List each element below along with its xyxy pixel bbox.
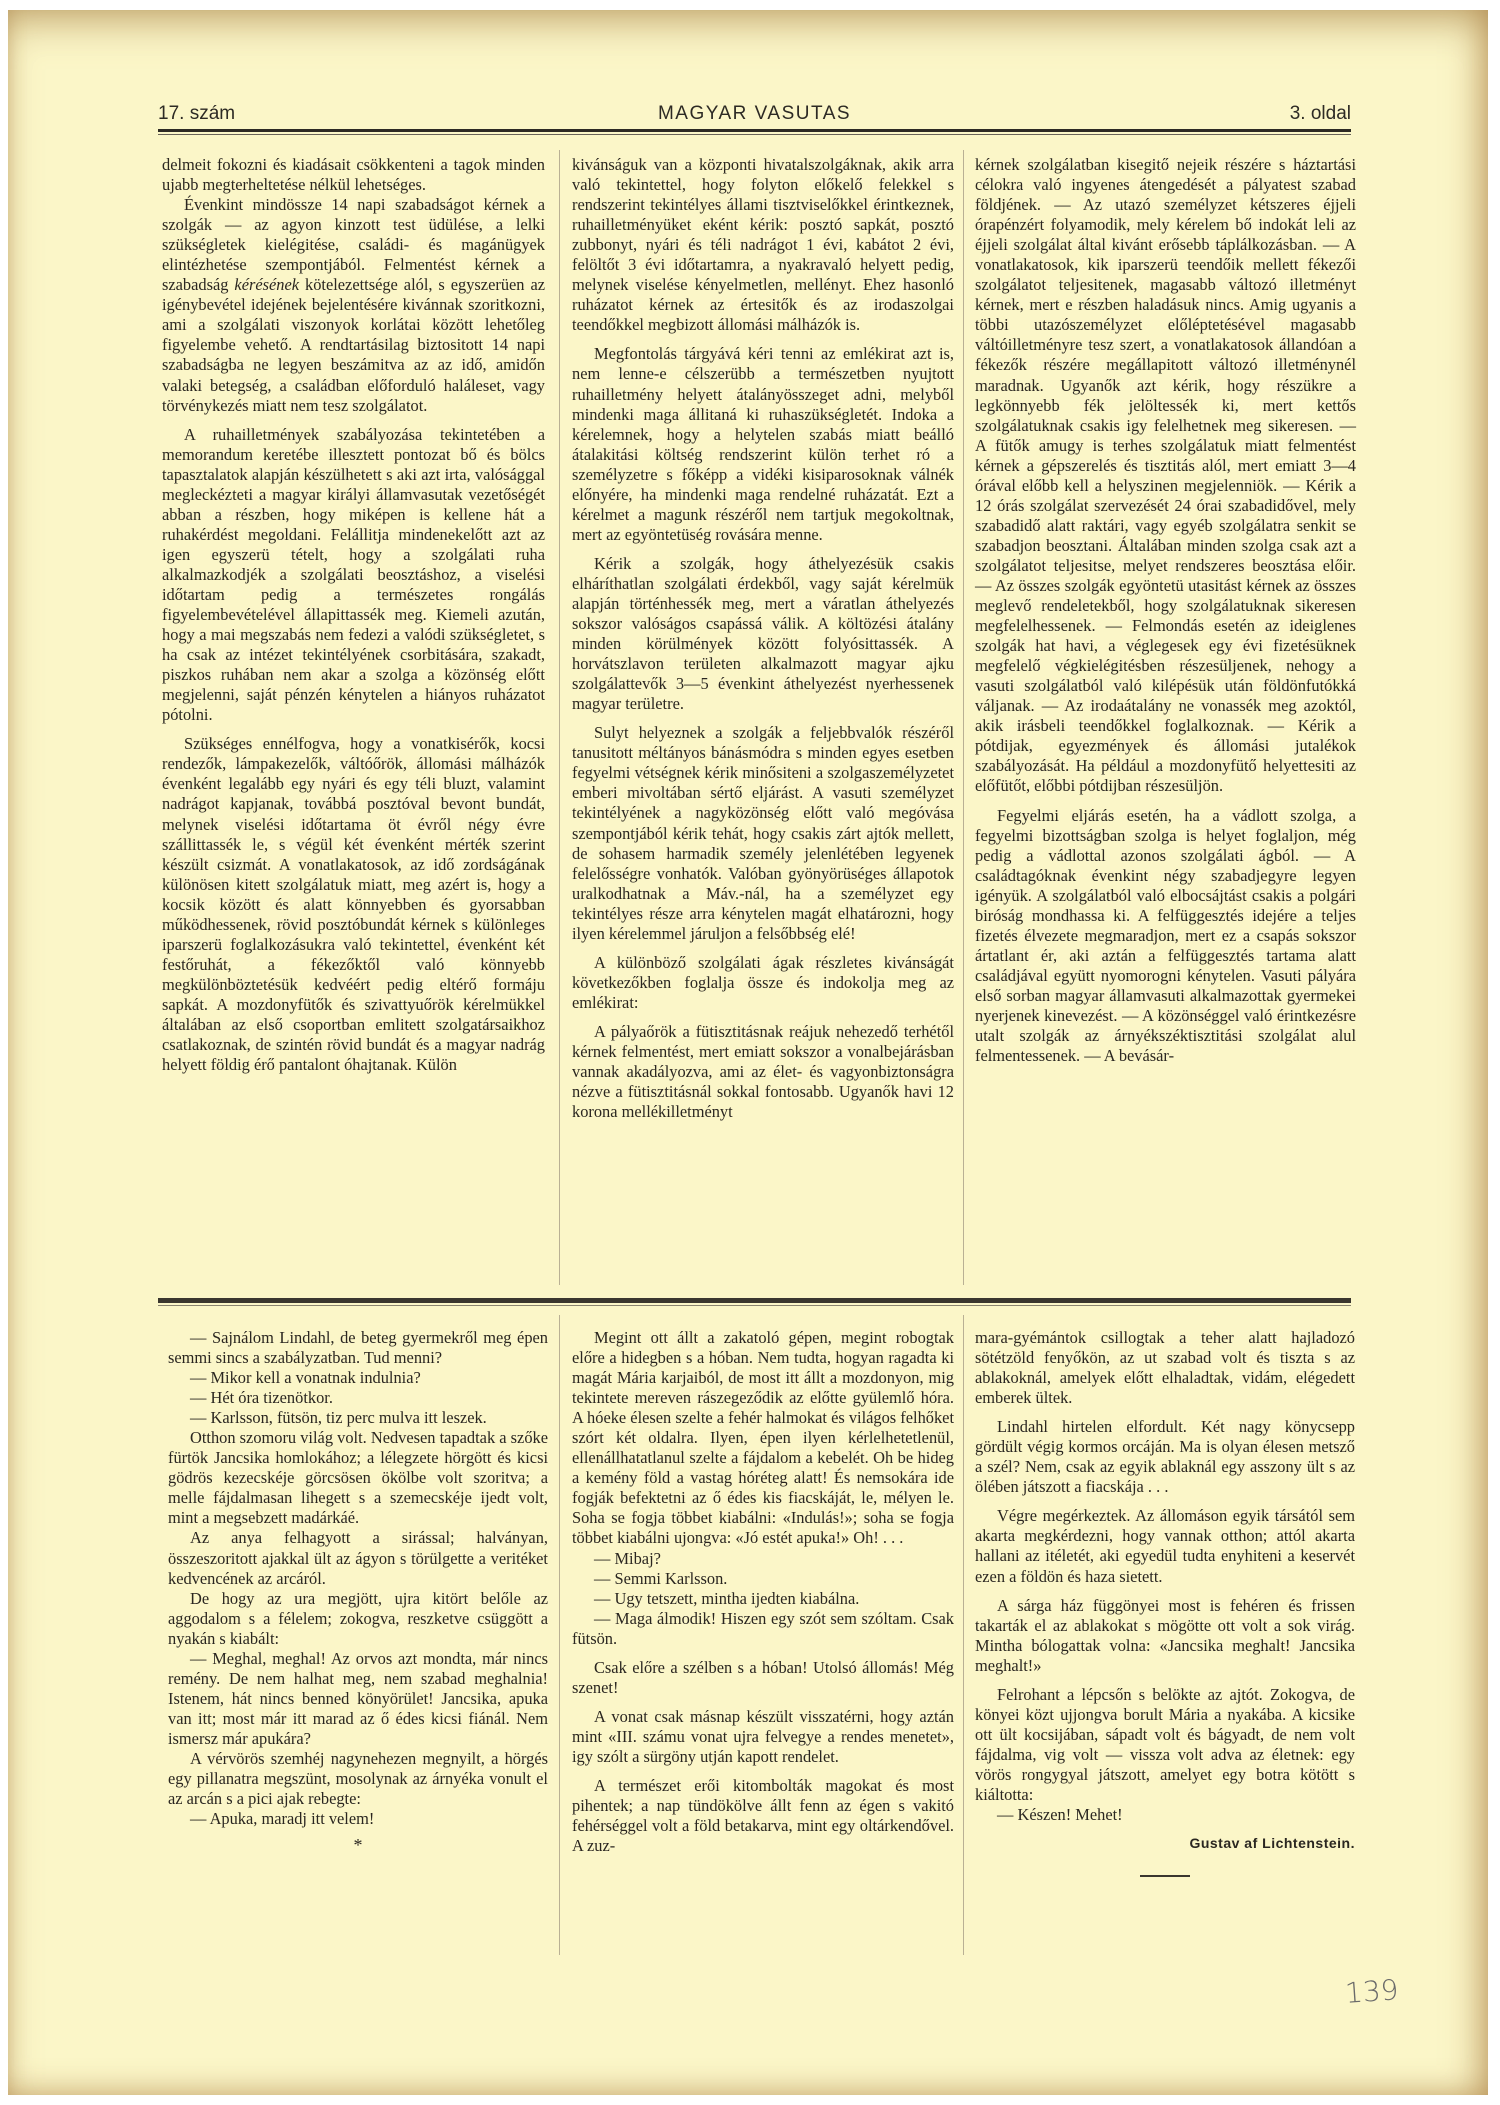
paragraph: A különböző szolgálati ágak részletes ki…: [572, 953, 954, 1013]
dialogue-line: — Készen! Mehet!: [975, 1805, 1355, 1825]
column-divider: [559, 1315, 560, 1955]
dialogue-line: — Meghal, meghal! Az orvos azt mondta, m…: [168, 1649, 548, 1749]
paragraph: Évenkint mindössze 14 napi szabadságot k…: [162, 195, 545, 416]
article-column-1: delmeit fokozni és kiadásait csökkenteni…: [162, 155, 545, 1075]
paragraph: Megfontolás tárgyává kéri tenni az emlék…: [572, 344, 954, 544]
article-column-2: kivánságuk van a központi hivatalszolgák…: [572, 155, 954, 1122]
author-signature: Gustav af Lichtenstein.: [975, 1833, 1355, 1853]
section-break-asterisk: *: [168, 1835, 548, 1855]
end-rule: [1140, 1875, 1190, 1877]
paragraph: A vonat csak másnap készült visszatérni,…: [572, 1707, 954, 1767]
dialogue-line: — Semmi Karlsson.: [572, 1569, 954, 1589]
paragraph: Csak előre a szélben s a hóban! Utolsó á…: [572, 1658, 954, 1698]
dialogue-line: — Hét óra tizenötkor.: [168, 1388, 548, 1408]
dialogue-line: — Mikor kell a vonatnak indulnia?: [168, 1368, 548, 1388]
paragraph: De hogy az ura megjött, ujra kitört belő…: [168, 1589, 548, 1649]
paragraph: Végre megérkeztek. Az állomáson egyik tá…: [975, 1506, 1355, 1586]
masthead-title: MAGYAR VASUTAS: [158, 103, 1351, 125]
column-divider: [559, 150, 560, 1285]
header-rule: [158, 129, 1351, 132]
section-divider: [158, 1298, 1351, 1303]
paragraph: Szükséges ennélfogva, hogy a vonatkisérő…: [162, 734, 545, 1075]
story-column-1: — Sajnálom Lindahl, de beteg gyermekről …: [168, 1328, 548, 1855]
emphasis: kérésének: [234, 275, 299, 294]
dialogue-line: — Karlsson, fütsön, tiz perc mulva itt l…: [168, 1408, 548, 1428]
handwritten-page-number: 139: [1344, 1973, 1400, 2010]
paragraph: Lindahl hirtelen elfordult. Két nagy kön…: [975, 1417, 1355, 1497]
paragraph: mara-gyémántok csillogtak a teher alatt …: [975, 1328, 1355, 1408]
paragraph: kérnek szolgálatban kisegitő nejeik rész…: [975, 155, 1356, 797]
page-header: 17. szám MAGYAR VASUTAS 3. oldal: [158, 103, 1351, 129]
paragraph: Otthon szomoru világ volt. Nedvesen tapa…: [168, 1428, 548, 1528]
dialogue-line: — Ugy tetszett, mintha ijedten kiabálna.: [572, 1589, 954, 1609]
dialogue-line: — Mibaj?: [572, 1549, 954, 1569]
paragraph: Kérik a szolgák, hogy áthelyezésük csaki…: [572, 554, 954, 714]
paragraph: Megint ott állt a zakatoló gépen, megint…: [572, 1328, 954, 1549]
paragraph: A vérvörös szemhéj nagynehezen megnyilt,…: [168, 1749, 548, 1809]
paragraph: Az anya felhagyott a sirással; halványan…: [168, 1528, 548, 1588]
paragraph: A ruhailletmények szabályozása tekinteté…: [162, 425, 545, 726]
page-number: 3. oldal: [1290, 103, 1351, 125]
paragraph: A pályaőrök a fütisztitásnak reájuk nehe…: [572, 1022, 954, 1122]
column-divider: [963, 1315, 964, 1955]
paragraph: kivánságuk van a központi hivatalszolgák…: [572, 155, 954, 335]
paragraph: delmeit fokozni és kiadásait csökkenteni…: [162, 155, 545, 195]
story-column-3: mara-gyémántok csillogtak a teher alatt …: [975, 1328, 1355, 1877]
paragraph: A sárga ház függönyei most is fehéren és…: [975, 1596, 1355, 1676]
paragraph: Fegyelmi eljárás esetén, ha a vádlott sz…: [975, 806, 1356, 1067]
dialogue-line: — Apuka, maradj itt velem!: [168, 1809, 548, 1829]
paragraph: A természet erői kitombolták magokat és …: [572, 1776, 954, 1856]
paragraph: Sulyt helyeznek a szolgák a feljebbvalók…: [572, 723, 954, 944]
paragraph: Felrohant a lépcsőn s belökte az ajtót. …: [975, 1685, 1355, 1805]
article-column-3: kérnek szolgálatban kisegitő nejeik rész…: [975, 155, 1356, 1066]
column-divider: [963, 150, 964, 1285]
dialogue-line: — Sajnálom Lindahl, de beteg gyermekről …: [168, 1328, 548, 1368]
story-column-2: Megint ott állt a zakatoló gépen, megint…: [572, 1328, 954, 1856]
dialogue-line: — Maga álmodik! Hiszen egy szót sem szól…: [572, 1609, 954, 1649]
